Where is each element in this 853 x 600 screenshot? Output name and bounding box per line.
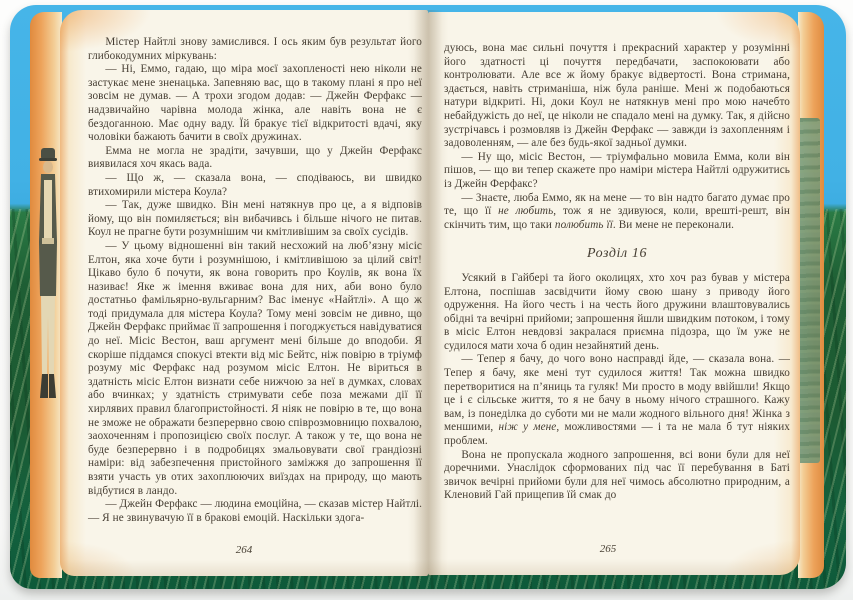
paragraph: Емма не могла не зрадіти, зачувши, що у … xyxy=(88,145,422,172)
figure-hat-brim xyxy=(39,158,57,161)
emphasized-phrase: не любить xyxy=(498,205,553,217)
figure-belt xyxy=(42,238,54,244)
figure-boots xyxy=(40,374,48,398)
chapter-heading: Розділ 16 xyxy=(444,247,790,261)
paragraph: — Що ж, — сказала вона, — сподіваюсь, ви… xyxy=(88,172,422,199)
right-page: дуюсь, вона має сильні почуття і прекрас… xyxy=(428,12,800,575)
paragraph: — Джейн Ферфакс — людина емоційна, — ска… xyxy=(88,498,422,525)
emphasized-phrase: полюбить її xyxy=(555,219,613,231)
open-book-photo: Містер Найтлі знову замислився. І ось як… xyxy=(0,0,853,600)
page-number-left: 264 xyxy=(60,544,428,556)
paragraph: — Знаєте, люба Еммо, як на мене — то він… xyxy=(444,192,790,233)
cover-figure-illustration xyxy=(34,146,62,416)
paragraph: Вона не пропускала жодного запрошення, в… xyxy=(444,449,790,503)
figure-waistcoat xyxy=(44,180,52,240)
paragraph-run: . Ви мене не переконали. xyxy=(613,219,734,231)
page-number-right: 265 xyxy=(422,543,794,555)
paragraph-continuation: дуюсь, вона має сильні почуття і прекрас… xyxy=(444,42,790,151)
figure-boots-right xyxy=(49,374,56,398)
emphasized-phrase: ніж у мене xyxy=(499,421,557,433)
paragraph: Містер Найтлі знову замислився. І ось як… xyxy=(88,36,422,63)
paragraph: Усякий в Гайбері та його околицях, хто х… xyxy=(444,272,790,354)
right-page-text: дуюсь, вона має сильні почуття і прекрас… xyxy=(444,42,790,503)
figure-trousers xyxy=(41,296,55,374)
figure-face xyxy=(43,161,53,173)
paragraph: — У цьому відношенні він такий несхожий … xyxy=(88,240,422,498)
paragraph: — Тепер я бачу, до чого воно насправді й… xyxy=(444,353,790,448)
paragraph: — Ну що, місіс Вестон, — тріумфально мов… xyxy=(444,151,790,192)
left-page: Містер Найтлі знову замислився. І ось як… xyxy=(60,10,428,576)
paragraph: — Так, дуже швидко. Він мені натякнув пр… xyxy=(88,199,422,240)
paragraph: — Ні, Еммо, гадаю, що міра моєї захоплен… xyxy=(88,63,422,145)
left-page-text: Містер Найтлі знову замислився. І ось як… xyxy=(88,36,422,525)
